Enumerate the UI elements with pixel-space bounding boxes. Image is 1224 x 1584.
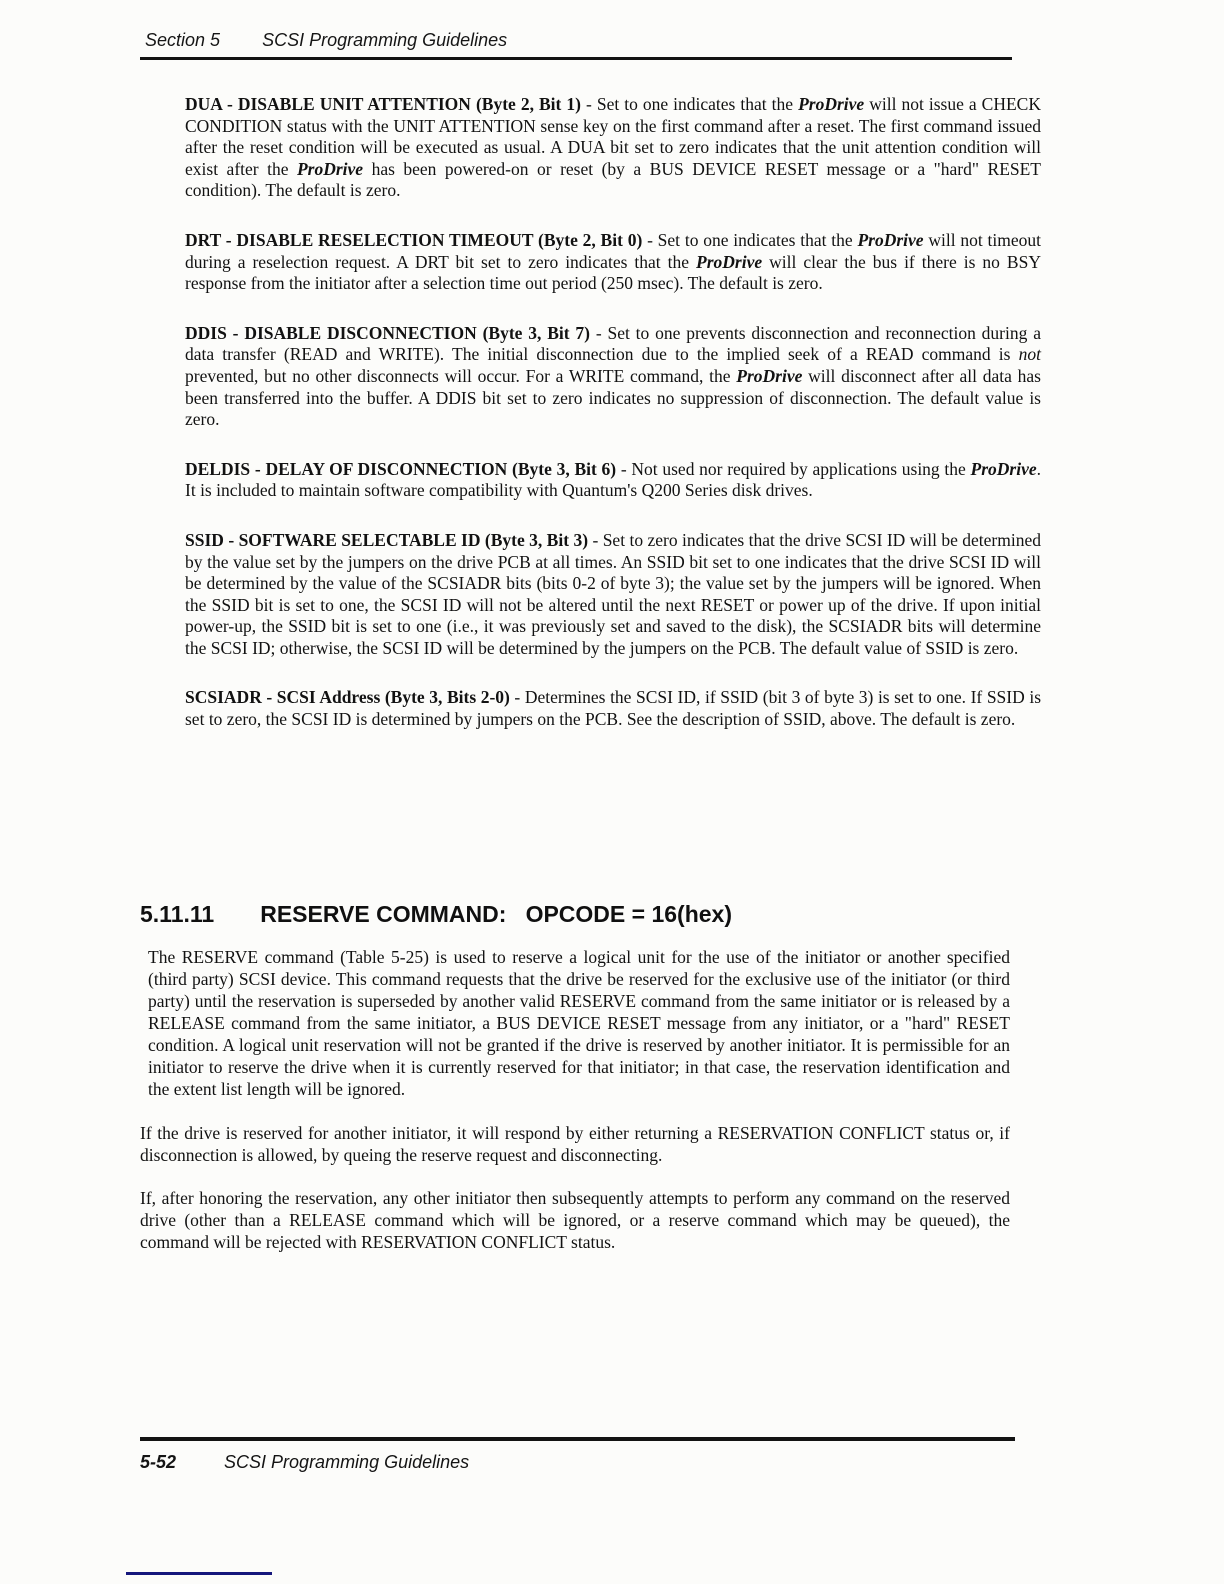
reserve-paragraph-2: If the drive is reserved for another ini…: [140, 1122, 1010, 1166]
header-rule: [140, 57, 1012, 60]
section-title: RESERVE COMMAND: OPCODE = 16(hex): [260, 901, 732, 928]
reserve-paragraph-1: The RESERVE command (Table 5-25) is used…: [148, 946, 1010, 1100]
definition-paragraph-ssid: SSID - SOFTWARE SELECTABLE ID (Byte 3, B…: [185, 530, 1041, 660]
definition-paragraph-drt: DRT - DISABLE RESELECTION TIMEOUT (Byte …: [185, 230, 1041, 295]
reserve-command-body: The RESERVE command (Table 5-25) is used…: [140, 946, 1010, 1274]
page-header: Section 5 SCSI Programming Guidelines: [145, 30, 507, 51]
footer-rule: [140, 1437, 1015, 1441]
document-page: Section 5 SCSI Programming Guidelines DU…: [0, 0, 1224, 1584]
definition-paragraph-dua: DUA - DISABLE UNIT ATTENTION (Byte 2, Bi…: [185, 94, 1041, 202]
header-section-title: SCSI Programming Guidelines: [262, 30, 507, 51]
reserve-paragraph-3: If, after honoring the reservation, any …: [140, 1187, 1010, 1253]
section-number: 5.11.11: [140, 901, 214, 928]
page-footer: 5-52 SCSI Programming Guidelines: [140, 1452, 469, 1473]
section-heading: 5.11.11 RESERVE COMMAND: OPCODE = 16(hex…: [140, 901, 732, 928]
header-section-label: Section 5: [145, 30, 220, 51]
footer-title: SCSI Programming Guidelines: [224, 1452, 469, 1473]
footer-page-number: 5-52: [140, 1452, 176, 1473]
definition-paragraph-ddis: DDIS - DISABLE DISCONNECTION (Byte 3, Bi…: [185, 323, 1041, 431]
bottom-accent-line: [126, 1572, 272, 1575]
definition-paragraph-scsiadr: SCSIADR - SCSI Address (Byte 3, Bits 2-0…: [185, 687, 1041, 730]
definition-paragraph-deldis: DELDIS - DELAY OF DISCONNECTION (Byte 3,…: [185, 459, 1041, 502]
definitions-list: DUA - DISABLE UNIT ATTENTION (Byte 2, Bi…: [185, 94, 1041, 759]
